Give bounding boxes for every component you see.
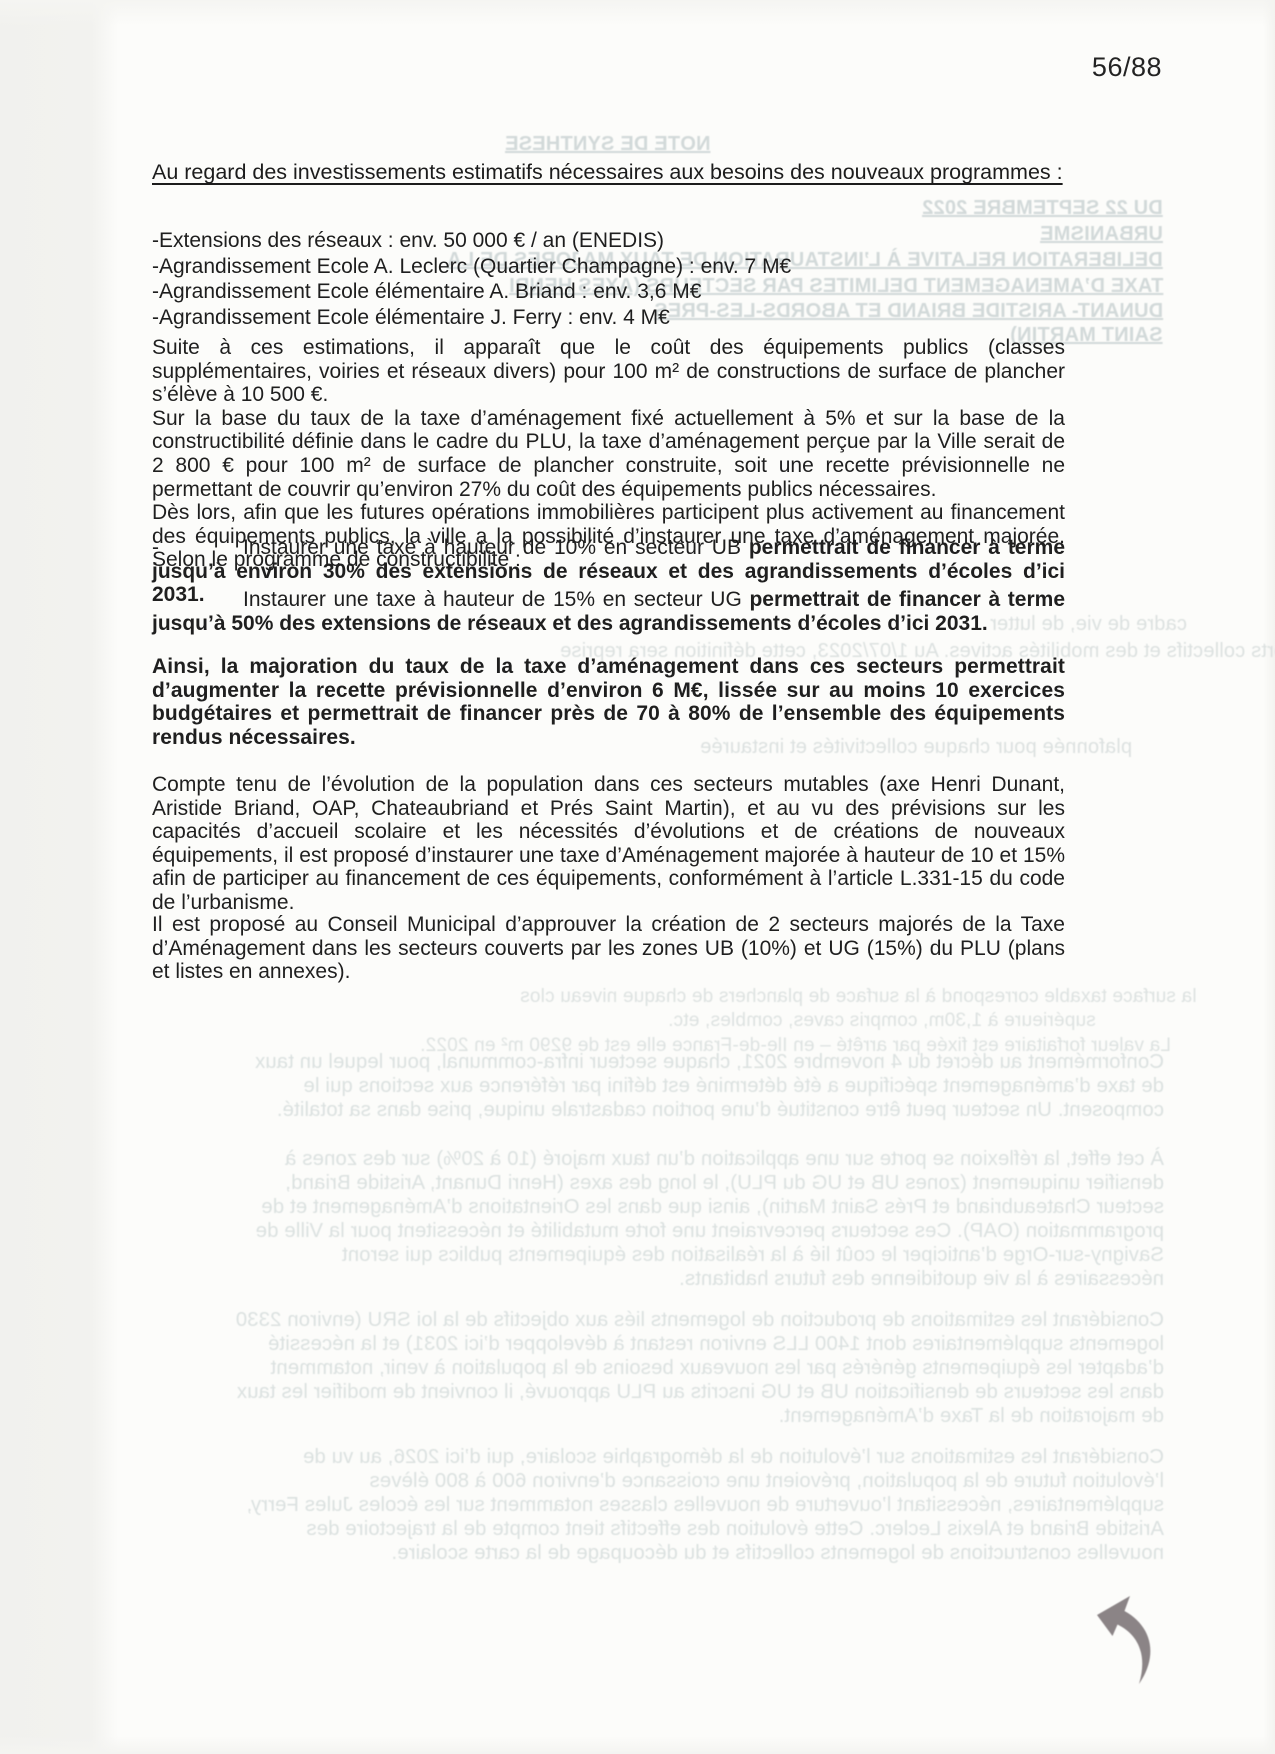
bleedthrough-paragraph: Considérant les estimations de productio…: [140, 1308, 1164, 1428]
scan-edge-shadow-left: [0, 0, 118, 1754]
bleedthrough-line: la surface taxable correspond à la surfa…: [520, 985, 1197, 1009]
bleedthrough-line: composent. Un secteur peut être constitu…: [140, 1098, 1164, 1122]
paragraph-proposal: Il est proposé au Conseil Municipal d’ap…: [152, 913, 1065, 984]
bullet-text: Instaurer une taxe à hauteur de 15% en s…: [243, 588, 749, 611]
bleedthrough-line: secteur Chateaubriand et Prés Saint Mart…: [140, 1195, 1164, 1219]
page-number: 56/88: [1092, 52, 1162, 83]
bleedthrough-line: Considérant les estimations de productio…: [140, 1308, 1164, 1332]
paragraph-compte-text: Compte tenu de l’évolution de la populat…: [152, 773, 1065, 915]
paragraph-ainsi: Ainsi, la majoration du taux de la taxe …: [152, 655, 1065, 749]
bleedthrough-line: supérieure à 1,30m, compris caves, combl…: [668, 1009, 1096, 1033]
bleedthrough-line: Conformément au décret du 4 novembre 202…: [140, 1050, 1164, 1074]
bullet-taxe-15: -Instaurer une taxe à hauteur de 15% en …: [152, 588, 1065, 635]
bleedthrough-note-synthese: NOTE DE SYNTHESE: [505, 132, 710, 156]
list-item: -Agrandissement Ecole élémentaire J. Fer…: [152, 305, 1065, 331]
bleedthrough-line: À cet effet, la réflexion se porte sur u…: [140, 1147, 1164, 1171]
bleedthrough-paragraph: Considérant les estimations sur l’évolut…: [140, 1445, 1164, 1565]
bleedthrough-line: nouvelles constructions de logements col…: [140, 1541, 1164, 1565]
bullet-dash: -: [152, 588, 243, 612]
bleedthrough-line: logements supplémentaires dont 1400 LLS …: [140, 1332, 1164, 1356]
list-item: -Extensions des réseaux : env. 50 000 € …: [152, 228, 1065, 254]
investment-list: -Extensions des réseaux : env. 50 000 € …: [152, 228, 1065, 330]
paragraph-ainsi-bold: Ainsi, la majoration du taux de la taxe …: [152, 655, 1065, 749]
bleedthrough-line: l’évolution future de la population, pré…: [140, 1469, 1164, 1493]
bullet-text: Instaurer une taxe à hauteur de 10% en s…: [243, 536, 749, 559]
scan-edge-shadow-right: [1263, 0, 1275, 1754]
list-item: -Agrandissement Ecole élémentaire A. Bri…: [152, 279, 1065, 305]
bleedthrough-line: supplémentaires, nécessitant l’ouverture…: [140, 1493, 1164, 1517]
bleedthrough-line: de majoration de la Taxe d’Aménagement.: [140, 1404, 1164, 1428]
bleedthrough-line: Savigny-sur-Orge d’anticiper le coût lié…: [140, 1243, 1164, 1267]
scan-edge-shadow-top: [0, 0, 1275, 26]
bleedthrough-line: dans les secteurs de densification UB et…: [140, 1380, 1164, 1404]
document-heading: Au regard des investissements estimatifs…: [152, 160, 1063, 185]
scan-edge-shadow-bottom: [0, 1736, 1275, 1754]
bleedthrough-line: Aristide Briand et Alexis Leclerc. Cette…: [140, 1517, 1164, 1541]
paragraph-sur: Sur la base du taux de la taxe d’aménage…: [152, 407, 1065, 501]
paragraph-compte: Compte tenu de l’évolution de la populat…: [152, 773, 1065, 915]
list-item: -Agrandissement Ecole A. Leclerc (Quarti…: [152, 254, 1065, 280]
bleedthrough-paragraph: Conformément au décret du 4 novembre 202…: [140, 1050, 1164, 1122]
bleedthrough-line: d’adapter les équipements générés par le…: [140, 1356, 1164, 1380]
bleedthrough-line: densifier uniquement (zones UB et UG du …: [140, 1171, 1164, 1195]
bullet-dash: -: [152, 536, 243, 560]
curved-arrow-icon: [1093, 1594, 1165, 1686]
bleedthrough-line: de taxe d’aménagement spécifique a été d…: [140, 1074, 1164, 1098]
scanned-document-page: NOTE DE SYNTHESE DU 22 SEPTEMBRE 2022 UR…: [0, 0, 1275, 1754]
bleedthrough-line: nécessaires à la vie quotidienne des fut…: [140, 1267, 1164, 1291]
paragraph-proposal-text: Il est proposé au Conseil Municipal d’ap…: [152, 913, 1065, 984]
bleedthrough-line: DU 22 SEPTEMBRE 2022: [922, 196, 1163, 220]
paragraph-suite: Suite à ces estimations, il apparaît que…: [152, 336, 1065, 407]
bleedthrough-line: Considérant les estimations sur l’évolut…: [140, 1445, 1164, 1469]
bleedthrough-line: programmation (OAP). Ces secteurs percev…: [140, 1219, 1164, 1243]
bleedthrough-paragraph: À cet effet, la réflexion se porte sur u…: [140, 1147, 1164, 1291]
